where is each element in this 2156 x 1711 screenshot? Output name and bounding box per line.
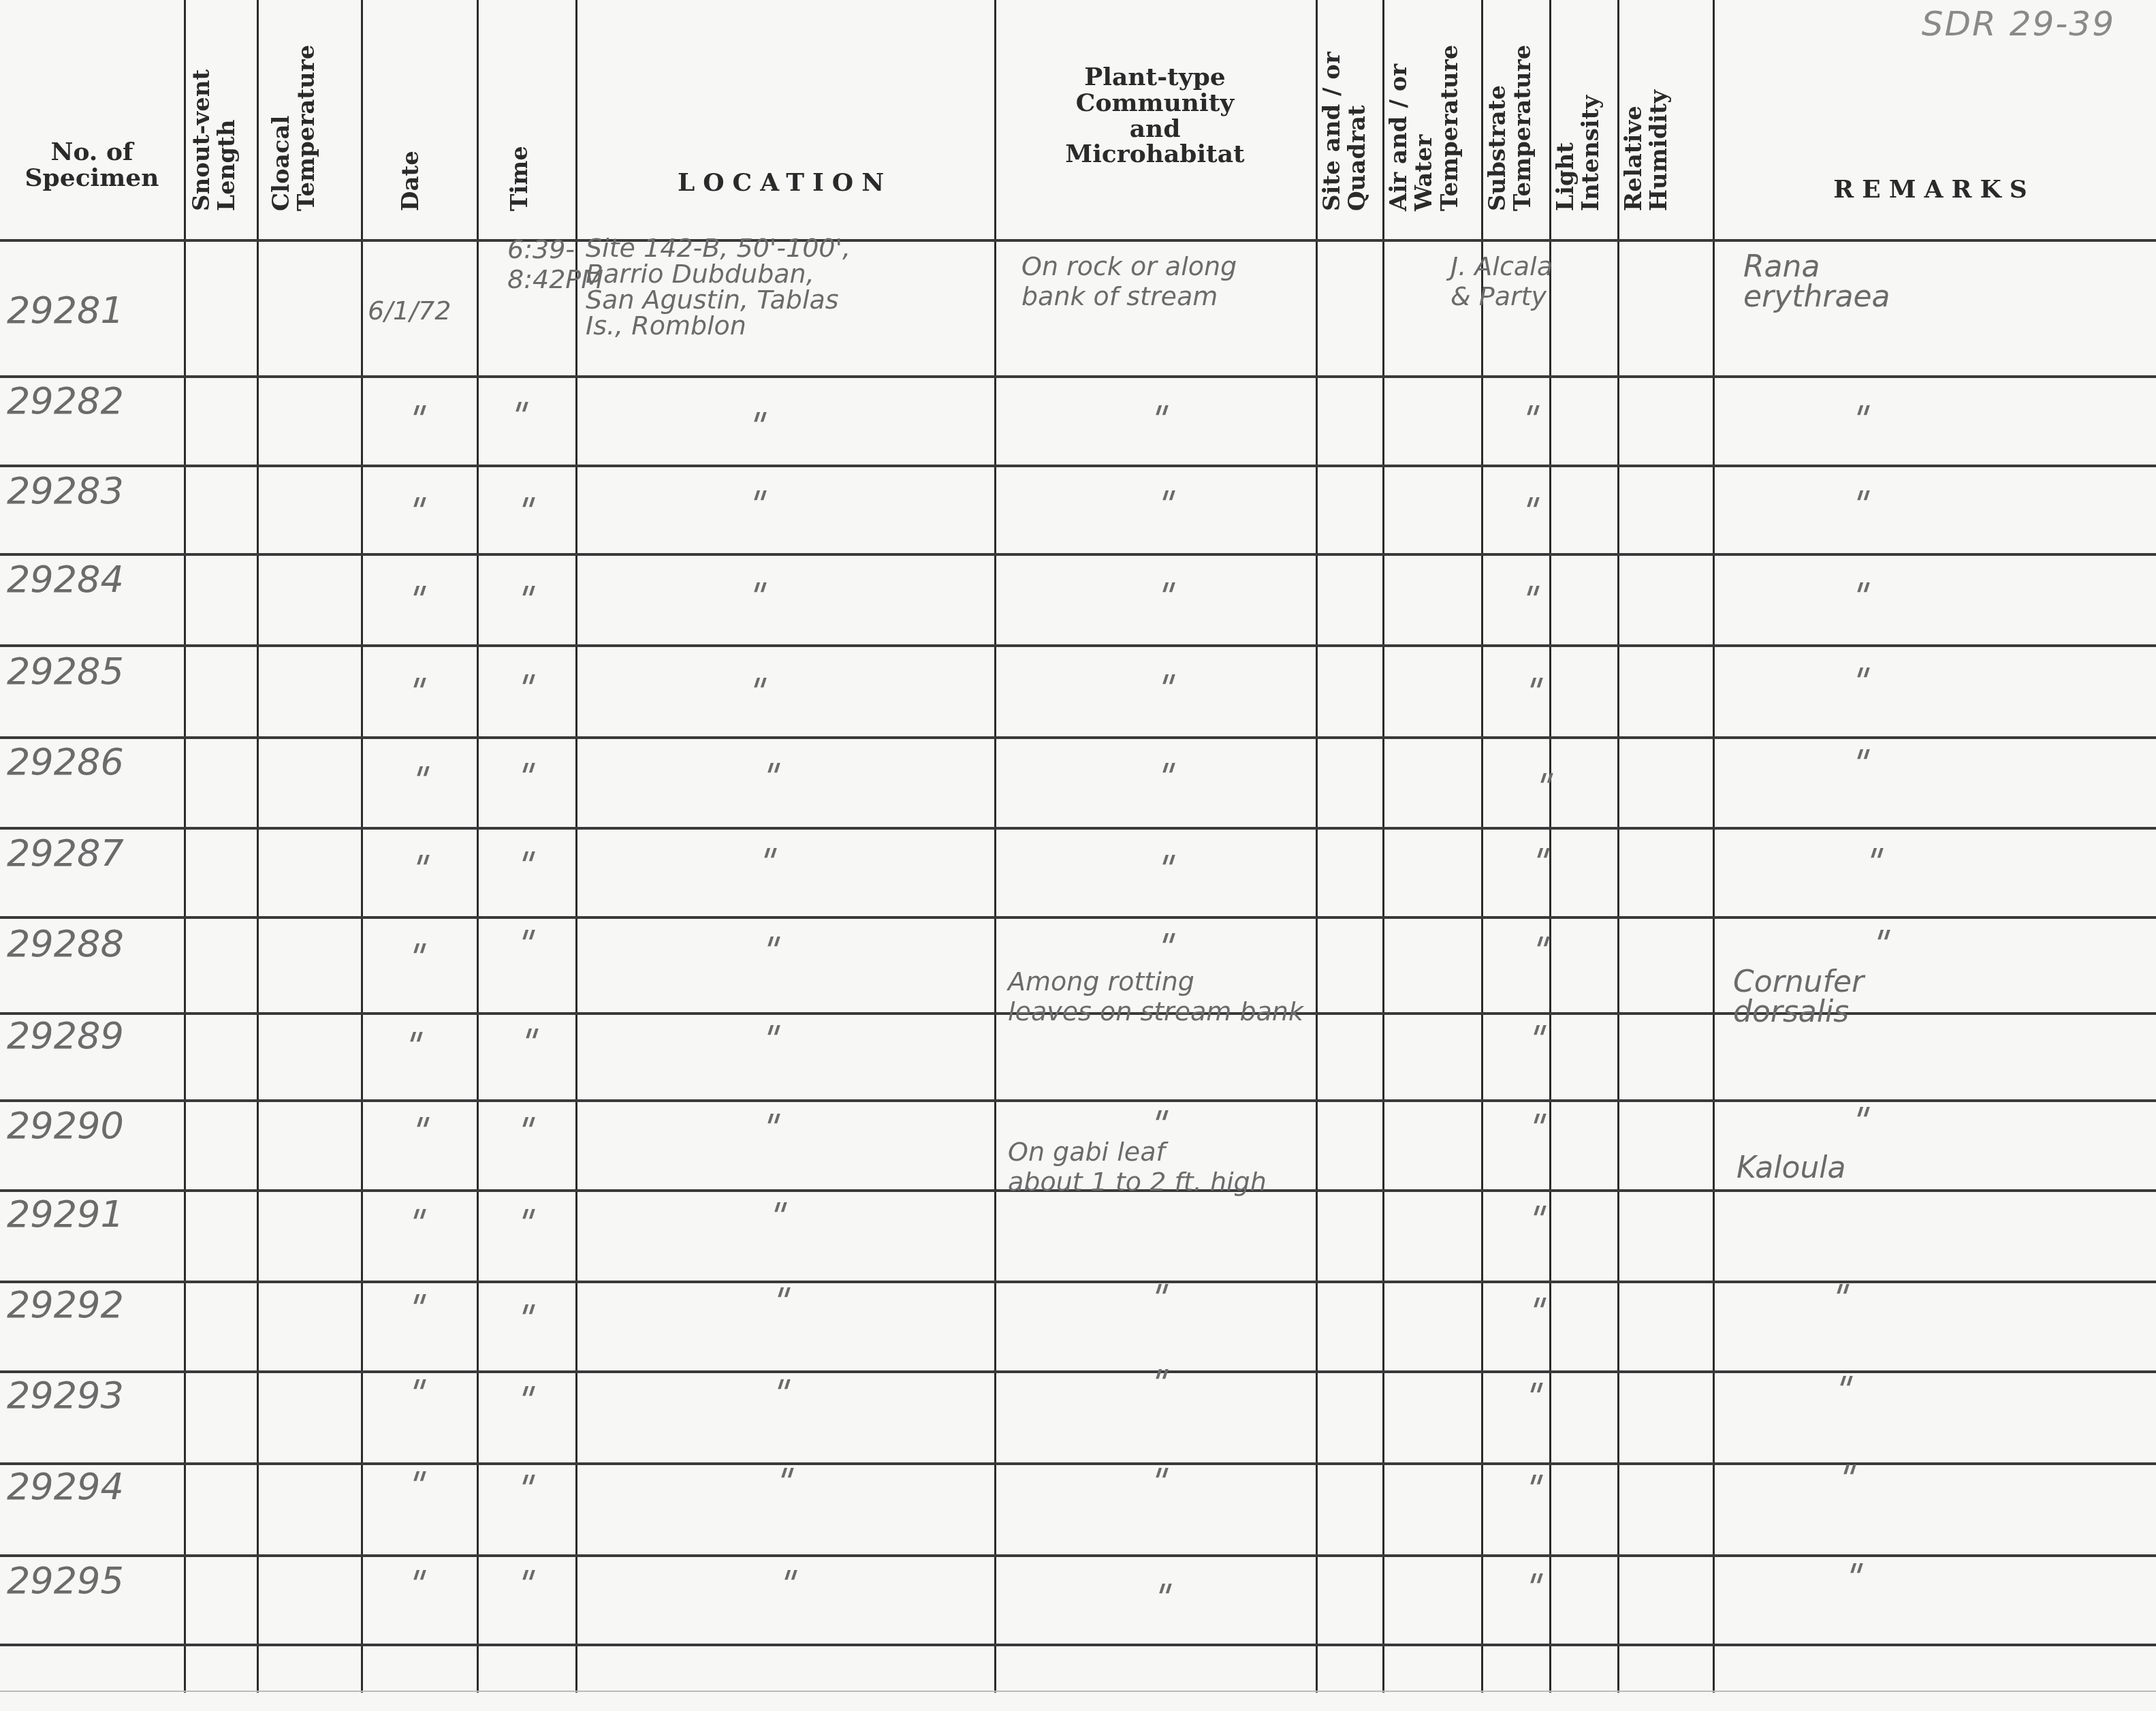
ditto-mark: " (1520, 1379, 1548, 1415)
ditto-mark: " (512, 848, 540, 883)
column-divider (1713, 0, 1715, 1693)
ditto-mark: " (1152, 487, 1180, 522)
row-divider (0, 827, 2156, 830)
remarks-cell: Rana erythraea (1743, 252, 1890, 312)
row-divider (0, 1281, 2156, 1283)
column-divider (184, 0, 186, 1693)
header-site-quadrat: Site and / or Quadrat (1320, 20, 1381, 211)
header-substrate-temperature: Substrate Temperature (1485, 20, 1548, 211)
ditto-mark: " (512, 582, 540, 618)
column-divider (477, 0, 479, 1693)
specimen-number: 29282 (7, 380, 124, 422)
row-divider (0, 1691, 2156, 1692)
specimen-number: 29284 (7, 559, 124, 601)
ditto-mark: " (1149, 1580, 1177, 1616)
header-snout-vent-length: Snout-vent Length (189, 27, 254, 211)
ditto-mark: " (1840, 1560, 1868, 1595)
column-divider (361, 0, 363, 1693)
ditto-mark: " (767, 1376, 795, 1411)
ditto-mark: " (403, 582, 431, 618)
header-location: LOCATION (575, 170, 994, 196)
plant-type-cell: On gabi leaf about 1 to 2 ft. high (1008, 1137, 1267, 1197)
row-divider (0, 465, 2156, 467)
ditto-mark: " (757, 933, 785, 969)
header-specimen-no: No. of Specimen (0, 140, 184, 191)
ditto-mark: " (1523, 1294, 1551, 1330)
remarks-cell: Kaloula (1737, 1151, 1845, 1186)
specimen-number: 29285 (7, 650, 124, 693)
ditto-mark: " (744, 487, 772, 522)
ditto-mark: " (757, 1022, 785, 1057)
ditto-mark: " (1152, 930, 1180, 965)
ditto-mark: " (757, 1110, 785, 1146)
reference-code: SDR 29-39 (1922, 4, 2115, 44)
ditto-mark: " (512, 1301, 540, 1336)
ditto-mark: " (403, 1291, 431, 1326)
header-plant-type: Plant-type Community and Microhabitat (994, 65, 1316, 168)
ditto-mark: " (757, 759, 785, 795)
specimen-number: 29286 (7, 741, 124, 783)
specimen-number: 29289 (7, 1015, 124, 1057)
ditto-mark: " (1847, 1103, 1875, 1139)
specimen-number: 29288 (7, 923, 124, 965)
ditto-mark: " (774, 1567, 802, 1602)
ditto-mark: " (1152, 671, 1180, 706)
specimen-number: 29287 (7, 832, 124, 875)
specimen-number: 29281 (7, 289, 124, 332)
specimen-number: 29290 (7, 1105, 124, 1147)
specimen-number: 29283 (7, 470, 124, 512)
row-divider (0, 736, 2156, 739)
ditto-mark: " (1830, 1372, 1858, 1408)
row-divider (0, 1370, 2156, 1373)
date-cell: 6/1/72 (368, 296, 451, 326)
ditto-mark: " (1152, 579, 1180, 614)
ditto-mark: " (403, 940, 431, 975)
row-divider (0, 644, 2156, 647)
ditto-mark: " (1833, 1461, 1861, 1496)
specimen-number: 29295 (7, 1560, 124, 1602)
row-divider (0, 1644, 2156, 1646)
ditto-mark: " (505, 398, 533, 434)
header-date: Date (398, 136, 439, 211)
specimen-number: 29294 (7, 1466, 124, 1508)
ditto-mark: " (400, 1029, 428, 1064)
ditto-mark: " (764, 1199, 792, 1234)
remarks-cell: Cornufer dorsalis (1733, 967, 1864, 1027)
ditto-mark: " (1145, 1281, 1173, 1316)
header-cloacal-temperature: Cloacal Temperature (269, 27, 354, 211)
column-divider (1316, 0, 1318, 1693)
specimen-number: 29293 (7, 1375, 124, 1417)
row-divider (0, 916, 2156, 919)
ditto-mark: " (403, 1468, 431, 1503)
ditto-mark: " (512, 1567, 540, 1602)
ditto-mark: " (744, 409, 772, 444)
ditto-mark: " (407, 1114, 434, 1149)
ditto-mark: " (403, 494, 431, 529)
ditto-mark: " (744, 579, 772, 614)
ditto-mark: " (754, 845, 782, 880)
ditto-mark: " (403, 1567, 431, 1602)
ditto-mark: " (1523, 1110, 1551, 1146)
ditto-mark: " (744, 674, 772, 710)
ditto-mark: " (512, 1206, 540, 1241)
ditto-mark: " (1517, 582, 1544, 618)
ditto-mark: " (512, 759, 540, 795)
header-relative-humidity: Relative Humidity (1621, 82, 1684, 211)
ditto-mark: " (403, 1376, 431, 1411)
ditto-mark: " (512, 1471, 540, 1507)
column-divider (1617, 0, 1619, 1693)
ditto-mark: " (407, 763, 434, 798)
column-divider (994, 0, 996, 1693)
ditto-mark: " (403, 674, 431, 710)
ditto-mark: " (516, 1025, 543, 1061)
ditto-mark: " (1826, 1281, 1854, 1316)
ditto-mark: " (1867, 926, 1895, 962)
column-divider (1382, 0, 1384, 1693)
ditto-mark: " (512, 1383, 540, 1418)
ditto-mark: " (1145, 402, 1173, 437)
ditto-mark: " (1520, 1471, 1548, 1507)
ditto-mark: " (512, 494, 540, 529)
ditto-mark: " (1517, 494, 1544, 529)
ditto-mark: " (771, 1464, 799, 1500)
row-divider (0, 553, 2156, 556)
ditto-mark: " (1145, 1464, 1173, 1500)
ditto-mark: " (1517, 402, 1544, 437)
ditto-mark: " (1847, 487, 1875, 522)
ditto-mark: " (1152, 759, 1180, 795)
ditto-mark: " (512, 671, 540, 706)
ditto-mark: " (403, 402, 431, 437)
ditto-mark: " (1847, 402, 1875, 437)
ditto-mark: " (1152, 851, 1180, 887)
ditto-mark: " (407, 851, 434, 887)
ditto-mark: " (1847, 746, 1875, 781)
specimen-number: 29291 (7, 1193, 124, 1236)
column-divider (257, 0, 259, 1693)
ditto-mark: " (1860, 845, 1888, 880)
collector-note: J. Alcala & Party (1450, 252, 1553, 311)
ditto-mark: " (1530, 770, 1558, 805)
ditto-mark: " (1523, 1202, 1551, 1238)
ditto-mark: " (512, 1114, 540, 1149)
plant-type-cell: Among rotting leaves on stream bank (1008, 967, 1303, 1026)
location-cell: Site 142-B, 50'-100', Barrio Dubduban, S… (586, 235, 851, 339)
ditto-mark: " (512, 926, 540, 962)
row-divider (0, 375, 2156, 378)
header-time: Time (507, 136, 548, 211)
ditto-mark: " (767, 1284, 795, 1319)
ditto-mark: " (1523, 1022, 1551, 1057)
ditto-mark: " (1847, 579, 1875, 614)
ditto-mark: " (403, 1206, 431, 1241)
row-divider (0, 1099, 2156, 1102)
plant-type-cell: On rock or along bank of stream (1021, 252, 1237, 311)
row-divider (0, 1554, 2156, 1557)
specimen-field-data-sheet: SDR 29-39 No. of Specimen Snout-vent Len… (0, 0, 2156, 1693)
specimen-number: 29292 (7, 1284, 124, 1326)
header-air-water-temperature: Air and / or Water Temperature (1386, 20, 1478, 211)
ditto-mark: " (1520, 1570, 1548, 1605)
ditto-mark: " (1520, 674, 1548, 710)
row-divider (0, 239, 2156, 242)
ditto-mark: " (1847, 664, 1875, 700)
header-light-intensity: Light Intensity (1553, 82, 1616, 211)
header-remarks: REMARKS (1713, 177, 2156, 203)
row-divider (0, 1462, 2156, 1465)
